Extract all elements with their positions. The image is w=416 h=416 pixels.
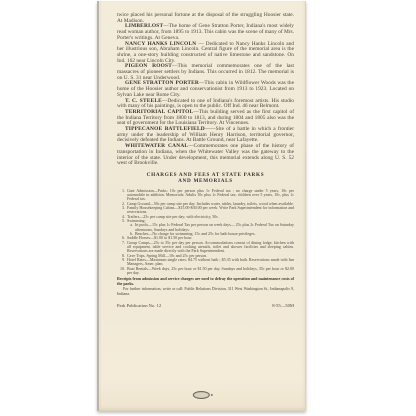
- union-bug-mark-icon: [211, 394, 213, 396]
- entry-nancy-hanks-lincoln: NANCY HANKS LINCOLN — Dedicated to Nancy…: [117, 42, 294, 65]
- print-code: 8-55—50M: [272, 303, 294, 308]
- fee-marker: 1.: [117, 189, 127, 193]
- entry-limberlost: LIMBERLOST—The home of Gene Stratton Por…: [117, 24, 294, 41]
- printers-union-bug-group: [193, 391, 213, 399]
- fee-marker: a.: [125, 223, 135, 227]
- receipts-note: Receipts from admission and service char…: [117, 277, 294, 286]
- fee-marker: 10.: [117, 267, 127, 271]
- fee-item-boat-rentals: 10.Boat Rentals—Week days, 25c per hour …: [117, 267, 294, 276]
- publication-footer: Park Publication No. 12 8-55—50M: [117, 303, 294, 308]
- fees-section-heading: CHARGES AND FEES AT STATE PARKS AND MEMO…: [117, 173, 294, 185]
- fee-marker: 9.: [117, 258, 127, 262]
- pamphlet-page: twice placed his personal fortune at the…: [97, 1, 306, 411]
- memorials-text-block: twice placed his personal fortune at the…: [117, 13, 294, 167]
- entry-tippecanoe-battlefield: TIPPECANOE BATTLEFIELD——Site of a battle…: [117, 127, 294, 144]
- contact-info: For further information, write or call: …: [117, 287, 294, 296]
- fee-item-group-camps: 7.Group Camps—25c to 35c per day per per…: [117, 241, 294, 254]
- entry-gene-stratton-porter: GENE STRATTON PORTER—This cabin in Wildf…: [117, 81, 294, 98]
- entry-pigeon-roost: PIGEON ROOST—This memorial commemorates …: [117, 64, 294, 81]
- fees-heading-line2: AND MEMORIALS: [117, 179, 294, 185]
- fee-list: 1.Gate Admission—Parks: 10c per person p…: [117, 189, 294, 276]
- fee-text: Boat Rentals—Week days, 25c per hour or …: [127, 267, 294, 276]
- fee-marker: 3.: [117, 206, 127, 210]
- printers-union-bug-icon: [193, 391, 210, 399]
- publication-number: Park Publication No. 12: [117, 303, 161, 308]
- fee-text: Group Camps—25c to 35c per day per perso…: [127, 241, 294, 254]
- fee-text: Gate Admission—Parks: 10c per person plu…: [127, 189, 294, 202]
- entry-whitewater-canal: WHITEWATER CANAL—Commemorates one phase …: [117, 144, 294, 167]
- fee-marker: 7.: [117, 241, 127, 245]
- entry-territorial-capitol: TERRITORIAL CAPITOL—This building served…: [117, 110, 294, 127]
- fee-item-gate-admission: 1.Gate Admission—Parks: 10c per person p…: [117, 189, 294, 202]
